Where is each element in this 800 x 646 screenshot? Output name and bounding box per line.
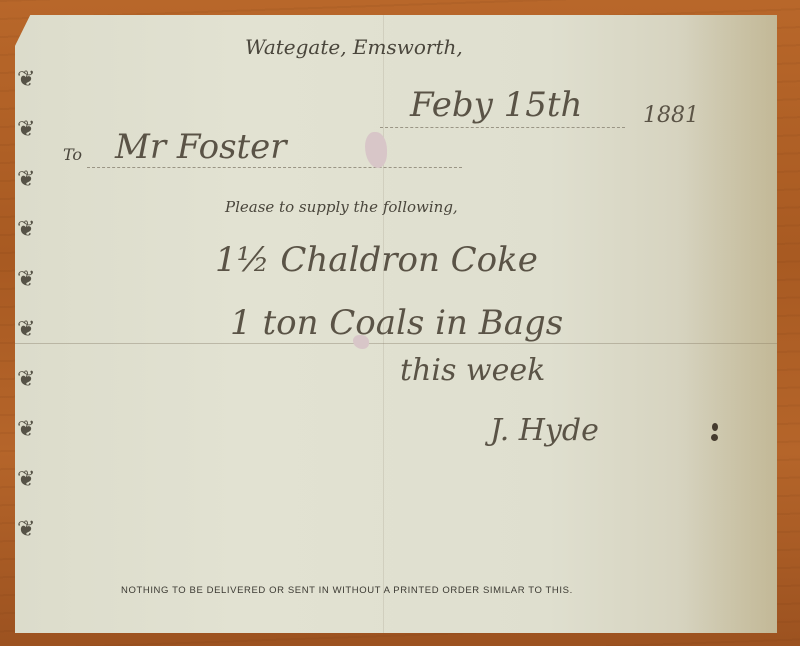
recipient-name: Mr Foster [115,127,287,167]
item-1: 1½ Chaldron Coke [215,240,538,280]
address-line: Wategate, Emsworth, [245,35,463,59]
item-3: this week [400,353,545,388]
recipient-line [87,167,462,168]
ink-stain [712,423,718,431]
paper-tear [365,132,387,168]
date-month-day: Feby 15th [410,85,582,125]
order-form-paper: ❦❦❦❦❦❦❦❦❦❦ Wategate, Emsworth, Feby 15th… [15,15,777,633]
date-line [380,127,625,128]
footer-notice: NOTHING TO BE DELIVERED OR SENT IN WITHO… [121,585,573,596]
paper-tear-2 [353,335,369,349]
signature: J. Hyde [490,413,599,448]
fold-line-horizontal [15,343,777,344]
instruction-line: Please to supply the following, [225,198,458,216]
date-year: 1881 [643,103,699,128]
item-2: 1 ton Coals in Bags [230,303,563,343]
ink-stain-2 [711,434,718,441]
to-label: To [63,145,82,164]
ornamental-border-icon: ❦❦❦❦❦❦❦❦❦❦ [17,55,47,555]
